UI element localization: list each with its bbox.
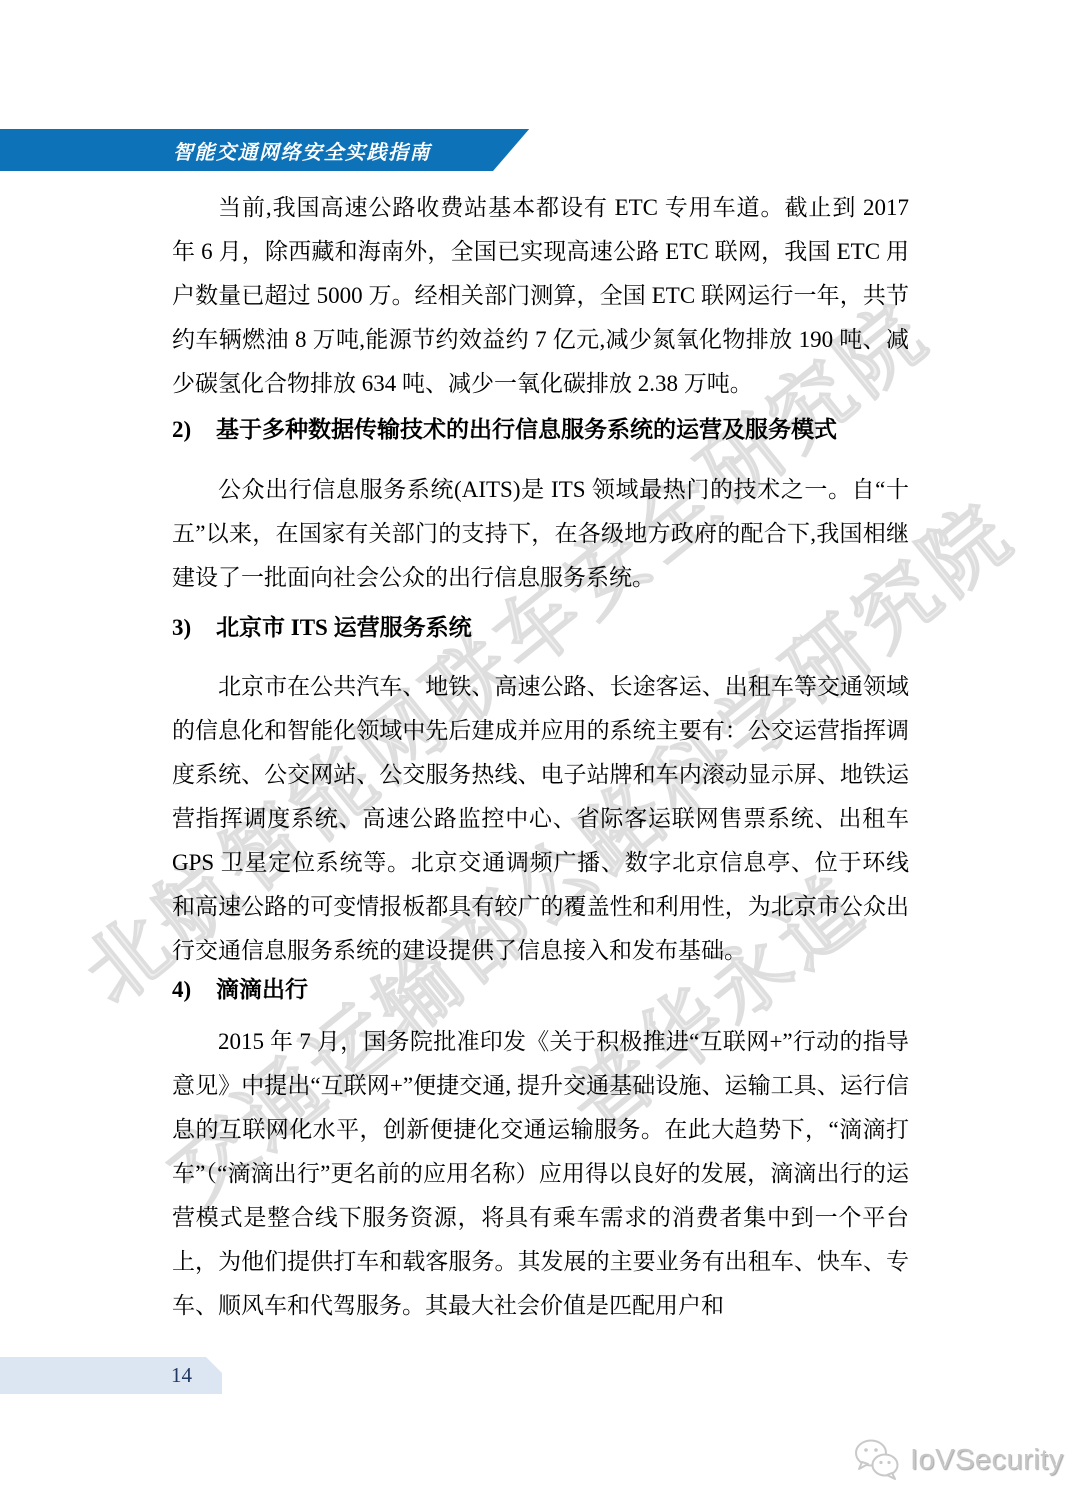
- heading-4: 4) 滴滴出行: [172, 974, 909, 1006]
- page-number: 14: [171, 1363, 192, 1388]
- heading-4-number: 4): [172, 974, 216, 1006]
- document-page: { "page": { "header": { "title": "智能交通网络…: [0, 0, 1080, 1510]
- paragraph-beijing-its: 北京市在公共汽车、地铁、高速公路、长途客运、出租车等交通领域的信息化和智能化领域…: [172, 665, 909, 973]
- page-number-box: 14: [0, 1357, 222, 1394]
- heading-2: 2) 基于多种数据传输技术的出行信息服务系统的运营及服务模式: [172, 414, 909, 446]
- header-banner: 智能交通网络安全实践指南: [0, 129, 540, 171]
- brand-footer: IoVSecurity: [852, 1436, 1064, 1484]
- wechat-icon: [852, 1436, 904, 1484]
- paragraph-didi: 2015 年 7 月，国务院批准印发《关于积极推进“互联网+”行动的指导意见》中…: [172, 1020, 909, 1328]
- heading-3: 3) 北京市 ITS 运营服务系统: [172, 612, 909, 644]
- heading-2-text: 基于多种数据传输技术的出行信息服务系统的运营及服务模式: [216, 414, 837, 446]
- paragraph-etc-overview: 当前,我国高速公路收费站基本都设有 ETC 专用车道。截止到 2017 年 6 …: [172, 186, 909, 406]
- heading-2-number: 2): [172, 414, 216, 446]
- paragraph-aits: 公众出行信息服务系统(AITS)是 ITS 领域最热门的技术之一。自“十五”以来…: [172, 468, 909, 600]
- document-title: 智能交通网络安全实践指南: [173, 136, 431, 165]
- heading-3-number: 3): [172, 612, 216, 644]
- heading-3-text: 北京市 ITS 运营服务系统: [216, 612, 472, 644]
- heading-4-text: 滴滴出行: [216, 974, 308, 1006]
- brand-name: IoVSecurity: [910, 1444, 1064, 1477]
